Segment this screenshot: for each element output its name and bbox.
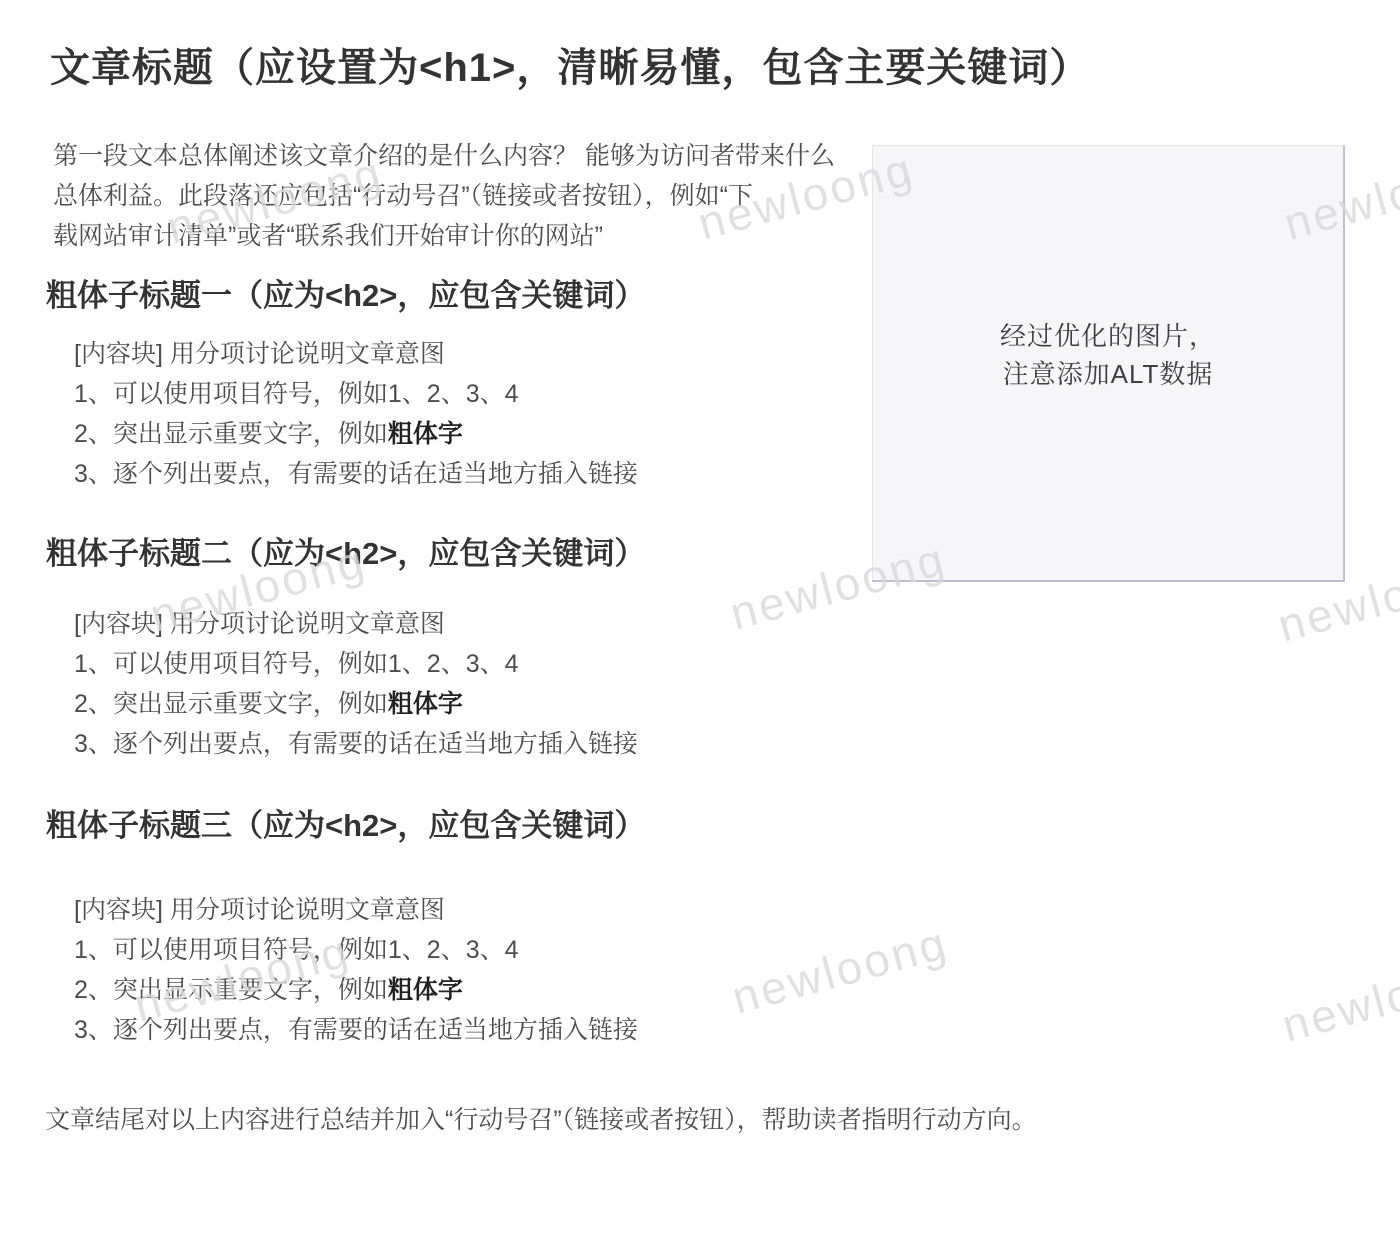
list-item-3: 3、逐个列出要点，有需要的话在适当地方插入链接 (74, 724, 846, 764)
list-item-2-text: 2、突出显示重要文字，例如 (74, 420, 388, 448)
list-item-2-text: 2、突出显示重要文字，例如 (74, 976, 388, 1004)
subheading-3: 粗体子标题三（应为<h2>，应包含关键词） (46, 806, 846, 846)
content-block-3: [内容块] 用分项讨论说明文章意图 1、可以使用项目符号，例如1、2、3、4 2… (74, 890, 846, 1050)
list-item-1: 1、可以使用项目符号，例如1、2、3、4 (74, 644, 846, 684)
content-block-label: [内容块] 用分项讨论说明文章意图 (74, 334, 846, 374)
list-item-3: 3、逐个列出要点，有需要的话在适当地方插入链接 (74, 1010, 846, 1050)
image-placeholder-caption: 经过优化的图片， 注意添加ALT数据 (1000, 317, 1216, 393)
subheading-1: 粗体子标题一（应为<h2>，应包含关键词） (46, 276, 846, 316)
content-block-label: [内容块] 用分项讨论说明文章意图 (74, 604, 846, 644)
intro-paragraph: 第一段文本总体阐述该文章介绍的是什么内容？ 能够为访问者带来什么 总体利益。此段… (53, 136, 873, 256)
content-block-label: [内容块] 用分项讨论说明文章意图 (74, 890, 846, 930)
list-item-2-text: 2、突出显示重要文字，例如 (74, 690, 388, 718)
list-item-1: 1、可以使用项目符号，例如1、2、3、4 (74, 930, 846, 970)
subheading-section-2: 粗体子标题二（应为<h2>，应包含关键词） [内容块] 用分项讨论说明文章意图 … (46, 534, 846, 764)
list-item-3: 3、逐个列出要点，有需要的话在适当地方插入链接 (74, 454, 846, 494)
page-title: 文章标题（应设置为<h1>，清晰易懂，包含主要关键词） (50, 42, 1090, 94)
subheading-section-1: 粗体子标题一（应为<h2>，应包含关键词） [内容块] 用分项讨论说明文章意图 … (46, 276, 846, 494)
list-item-2: 2、突出显示重要文字，例如粗体字 (74, 414, 846, 454)
article-template-page: 文章标题（应设置为<h1>，清晰易懂，包含主要关键词） 第一段文本总体阐述该文章… (0, 0, 1400, 1244)
content-block-1: [内容块] 用分项讨论说明文章意图 1、可以使用项目符号，例如1、2、3、4 2… (74, 334, 846, 494)
closing-paragraph: 文章结尾对以上内容进行总结并加入“行动号召”（链接或者按钮），帮助读者指明行动方… (45, 1100, 1245, 1140)
list-item-1: 1、可以使用项目符号，例如1、2、3、4 (74, 374, 846, 414)
list-item-2: 2、突出显示重要文字，例如粗体字 (74, 684, 846, 724)
content-block-2: [内容块] 用分项讨论说明文章意图 1、可以使用项目符号，例如1、2、3、4 2… (74, 604, 846, 764)
optimized-image-placeholder: 经过优化的图片， 注意添加ALT数据 (872, 145, 1345, 582)
list-item-2-bold: 粗体字 (388, 420, 463, 448)
watermark-text: newloong (1276, 943, 1400, 1052)
list-item-2-bold: 粗体字 (388, 690, 463, 718)
subheading-section-3: 粗体子标题三（应为<h2>，应包含关键词） [内容块] 用分项讨论说明文章意图 … (46, 806, 846, 1050)
list-item-2-bold: 粗体字 (388, 976, 463, 1004)
list-item-2: 2、突出显示重要文字，例如粗体字 (74, 970, 846, 1010)
subheading-2: 粗体子标题二（应为<h2>，应包含关键词） (46, 534, 846, 574)
